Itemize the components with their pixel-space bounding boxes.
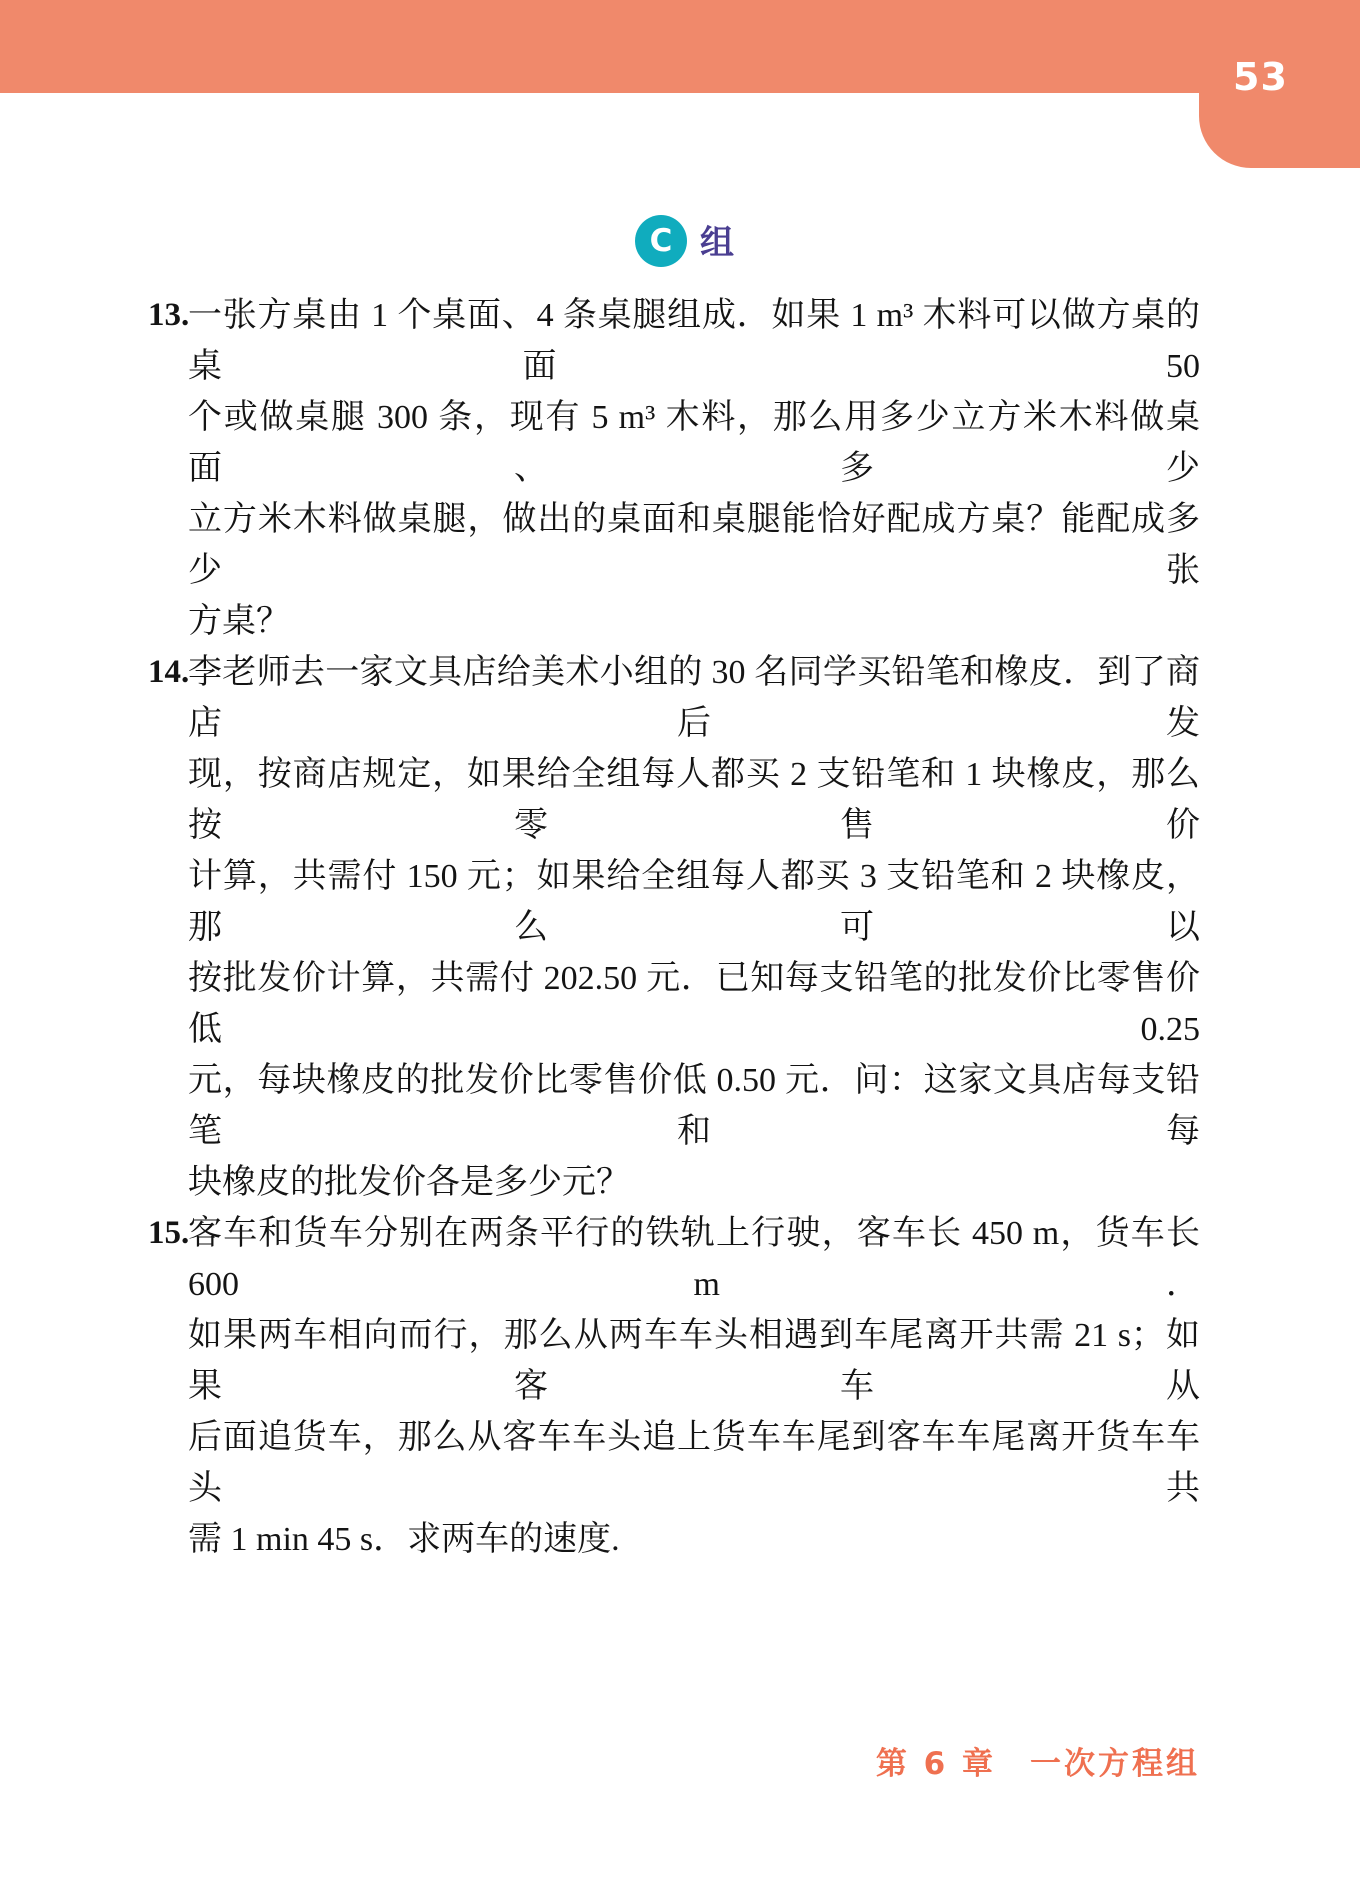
header-banner <box>0 0 1360 93</box>
problem-number: 13. <box>148 290 188 341</box>
problem-15: 15. 客车和货车分别在两条平行的铁轨上行驶，客车长 450 m，货车长 600… <box>148 1208 1200 1565</box>
problem-13: 13. 一张方桌由 1 个桌面、4 条桌腿组成．如果 1 m³ 木料可以做方桌的… <box>148 290 1200 647</box>
problem-number: 14. <box>148 647 188 698</box>
problem-line: 计算，共需付 150 元；如果给全组每人都买 3 支铅笔和 2 块橡皮，那么可以 <box>188 851 1200 953</box>
problem-text: 李老师去一家文具店给美术小组的 30 名同学买铅笔和橡皮．到了商店后发 现，按商… <box>188 647 1200 1208</box>
problem-line: 需 1 min 45 s．求两车的速度. <box>188 1514 1200 1565</box>
problem-line: 元，每块橡皮的批发价比零售价低 0.50 元．问：这家文具店每支铅笔和每 <box>188 1055 1200 1157</box>
problem-14: 14. 李老师去一家文具店给美术小组的 30 名同学买铅笔和橡皮．到了商店后发 … <box>148 647 1200 1208</box>
problem-line: 如果两车相向而行，那么从两车车头相遇到车尾离开共需 21 s；如果客车从 <box>188 1310 1200 1412</box>
problem-text: 客车和货车分别在两条平行的铁轨上行驶，客车长 450 m，货车长 600 m． … <box>188 1208 1200 1565</box>
problem-line: 客车和货车分别在两条平行的铁轨上行驶，客车长 450 m，货车长 600 m． <box>188 1208 1200 1310</box>
chapter-footer: 第 6 章 一次方程组 <box>876 1747 1200 1781</box>
problem-line: 一张方桌由 1 个桌面、4 条桌腿组成．如果 1 m³ 木料可以做方桌的桌面 5… <box>188 290 1200 392</box>
problem-number: 15. <box>148 1208 188 1259</box>
page-number-tab: 53 <box>1199 0 1360 168</box>
section-header: C 组 <box>635 215 734 267</box>
problem-line: 现，按商店规定，如果给全组每人都买 2 支铅笔和 1 块橡皮，那么按零售价 <box>188 749 1200 851</box>
problem-line: 个或做桌腿 300 条，现有 5 m³ 木料，那么用多少立方米木料做桌面、多少 <box>188 392 1200 494</box>
problem-line: 后面追货车，那么从客车车头追上货车车尾到客车车尾离开货车车头共 <box>188 1412 1200 1514</box>
page-number: 53 <box>1233 58 1288 96</box>
badge-letter: C <box>650 226 673 257</box>
problem-line: 块橡皮的批发价各是多少元？ <box>188 1157 1200 1208</box>
problem-line: 立方米木料做桌腿，做出的桌面和桌腿能恰好配成方桌？能配成多少张 <box>188 494 1200 596</box>
problem-line: 方桌？ <box>188 596 1200 647</box>
group-c-badge: C <box>635 215 687 267</box>
problem-text: 一张方桌由 1 个桌面、4 条桌腿组成．如果 1 m³ 木料可以做方桌的桌面 5… <box>188 290 1200 647</box>
problem-line: 按批发价计算，共需付 202.50 元．已知每支铅笔的批发价比零售价低 0.25 <box>188 953 1200 1055</box>
textbook-page: 53 C 组 13. 一张方桌由 1 个桌面、4 条桌腿组成．如果 1 m³ 木… <box>0 0 1360 1885</box>
group-label: 组 <box>700 222 734 260</box>
problem-line: 李老师去一家文具店给美术小组的 30 名同学买铅笔和橡皮．到了商店后发 <box>188 647 1200 749</box>
problem-list: 13. 一张方桌由 1 个桌面、4 条桌腿组成．如果 1 m³ 木料可以做方桌的… <box>148 290 1200 1565</box>
